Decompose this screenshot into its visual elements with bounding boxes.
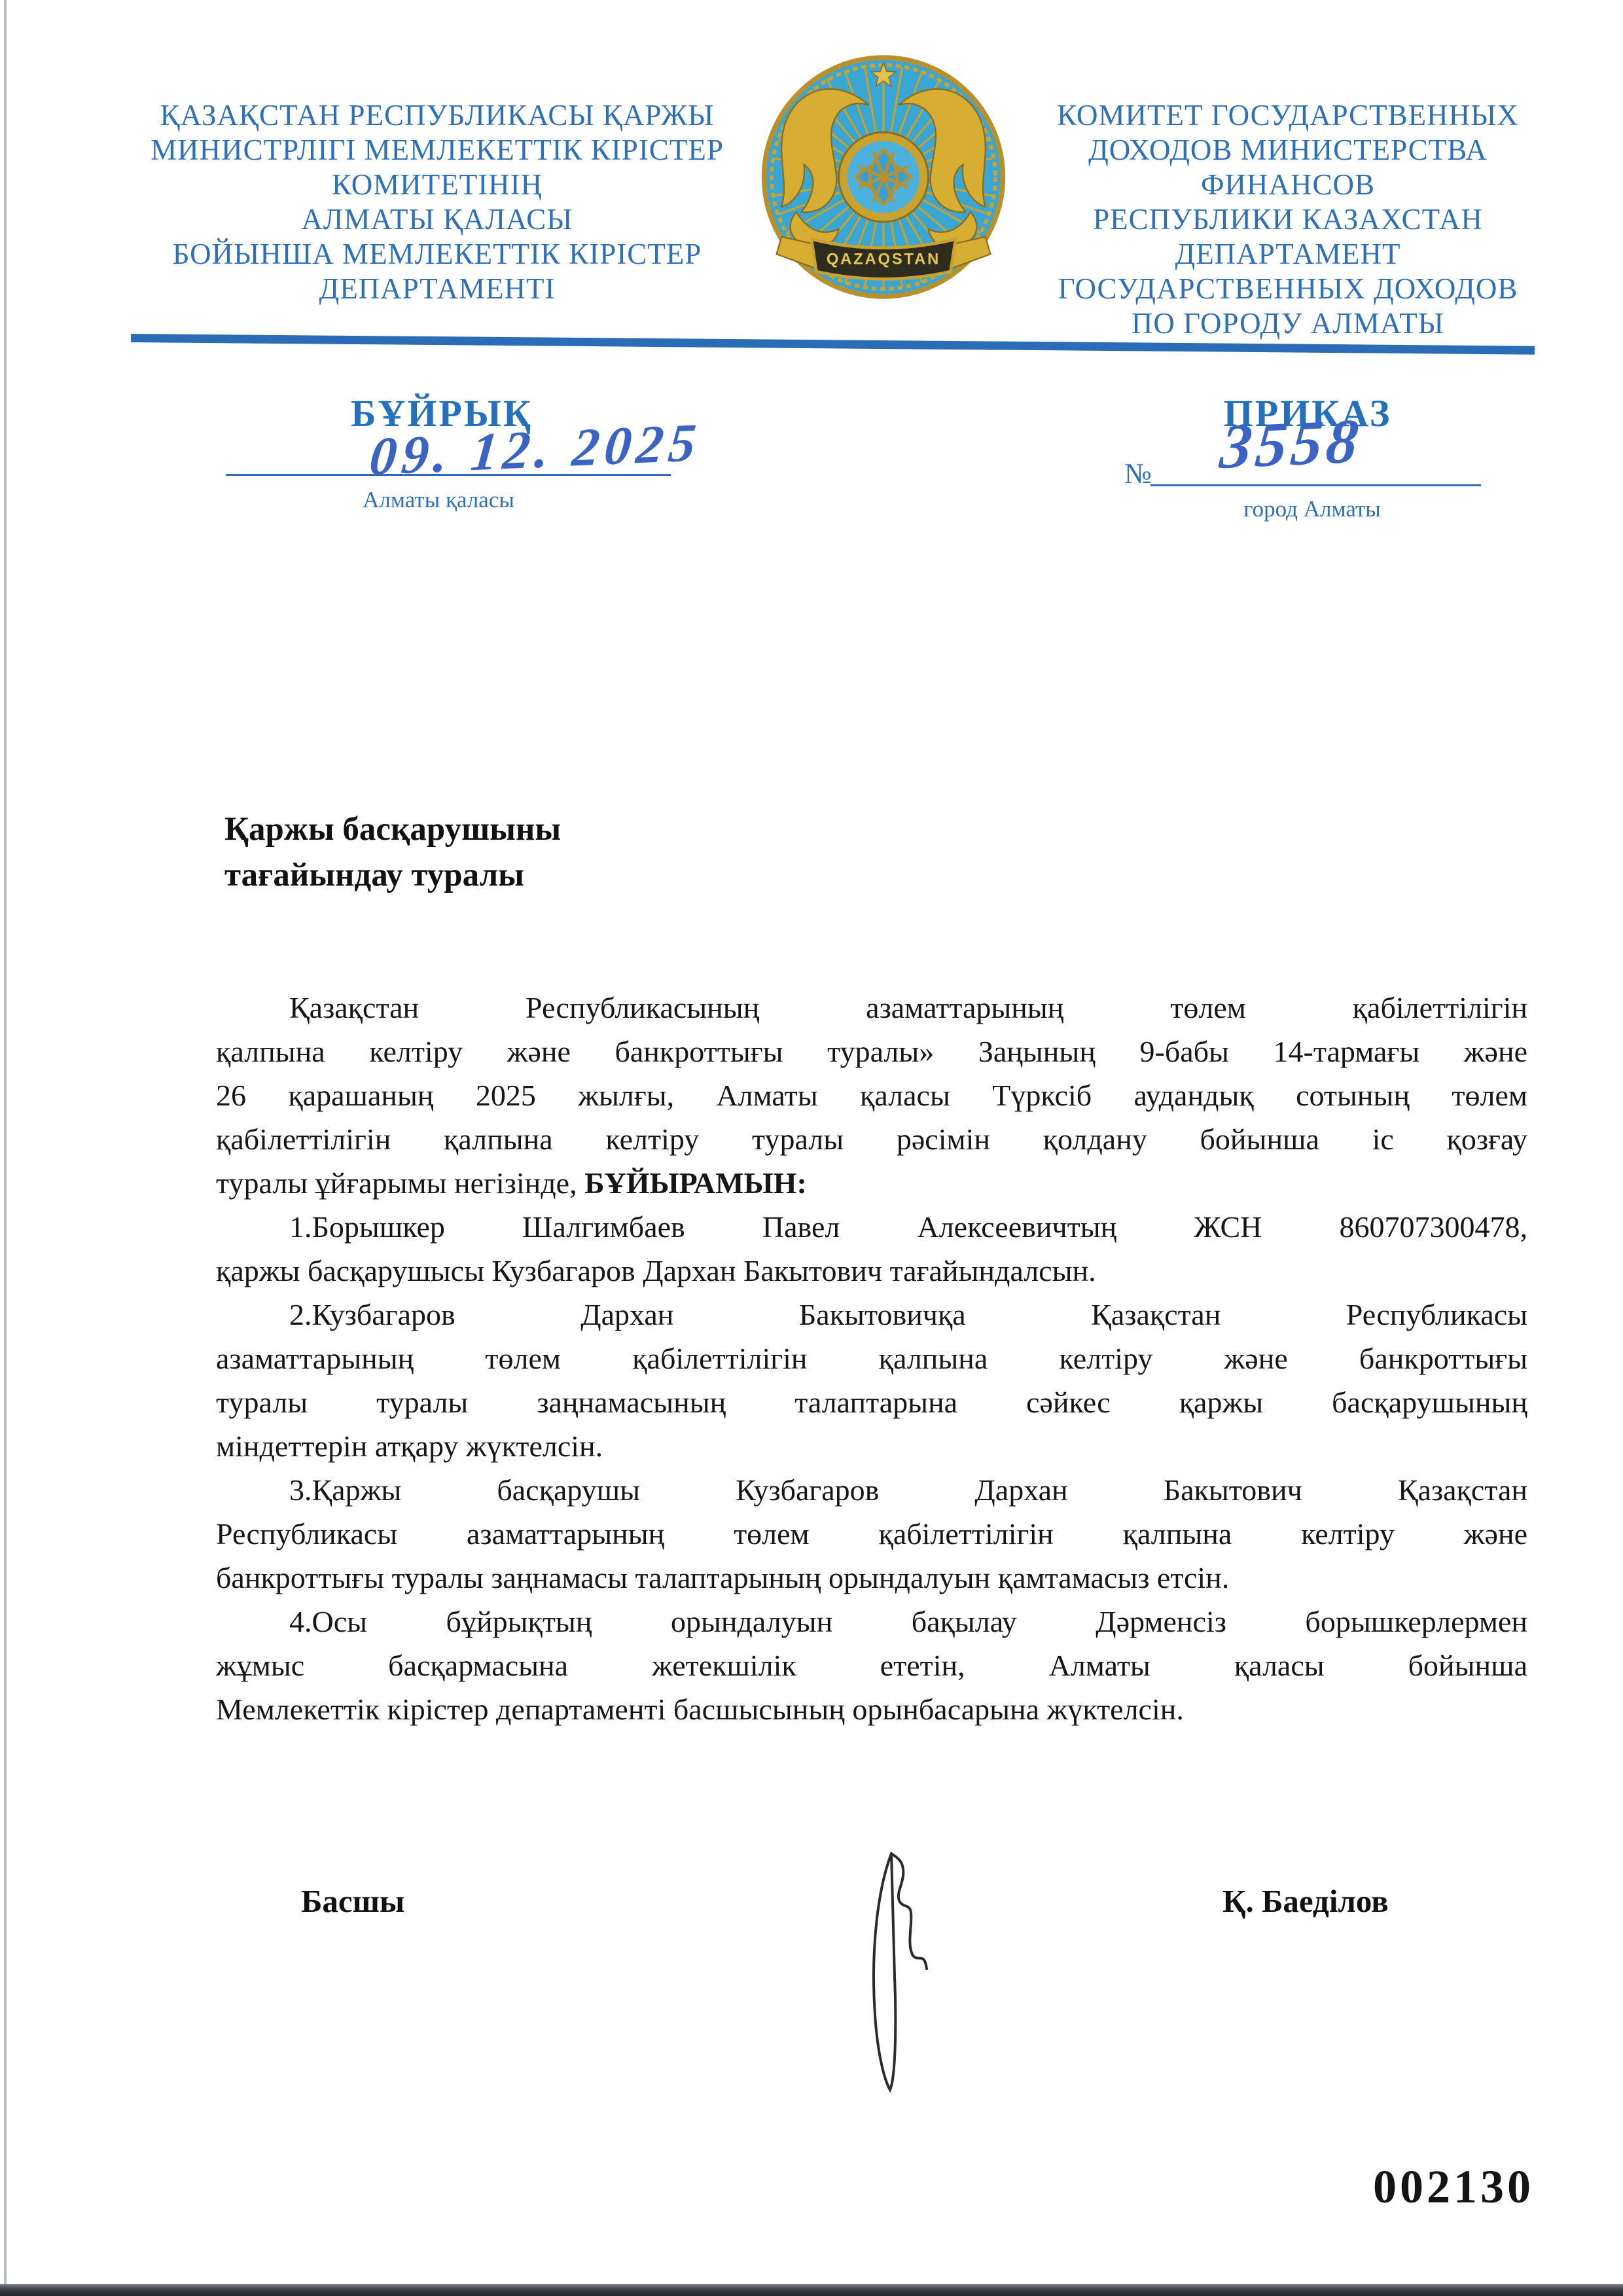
body-line: Республикасы азаматтарының төлем қабілет…	[216, 1512, 1527, 1556]
scan-bottom-edge-bar	[0, 2284, 1623, 2296]
letterhead-kazakh-line: ДЕПАРТАМЕНТІ	[149, 272, 725, 306]
handwritten-order-number: 3558	[1217, 404, 1366, 483]
body-line: қаржы басқарушысы Кузбагаров Дархан Бакы…	[216, 1249, 1527, 1293]
scanned-order-page: { "letterhead": { "left_lines": [ "ҚАЗАҚ…	[0, 0, 1623, 2296]
letterhead-russian: КОМИТЕТ ГОСУДАРСТВЕННЫХ ДОХОДОВ МИНИСТЕР…	[1007, 98, 1569, 341]
number-underline	[1150, 484, 1481, 486]
body-line: жұмыс басқармасына жетекшілік ететін, Ал…	[216, 1643, 1527, 1687]
body-line: 4.Осы бұйрықтың орындалуын бақылау Дәрме…	[216, 1600, 1527, 1643]
letterhead-russian-line: ПО ГОРОДУ АЛМАТЫ	[1007, 306, 1569, 341]
subject-line: Қаржы басқарушыны	[224, 806, 944, 852]
body-line: қалпына келтіру және банкроттығы туралы»…	[216, 1030, 1527, 1073]
scan-left-edge-line	[4, 0, 7, 2296]
body-line: 1.Борышкер Шалгимбаев Павел Алексеевичты…	[216, 1205, 1527, 1249]
date-underline	[226, 474, 671, 476]
place-label-kazakh: Алматы қаласы	[353, 487, 524, 513]
body-line: қабілеттілігін қалпына келтіру туралы рә…	[216, 1117, 1527, 1161]
body-line: азаматтарының төлем қабілеттілігін қалпы…	[216, 1336, 1527, 1380]
body-line: міндеттерін атқару жүктелсін.	[216, 1424, 1527, 1468]
number-sign: №	[1124, 457, 1152, 490]
letterhead-russian-line: КОМИТЕТ ГОСУДАРСТВЕННЫХ	[1007, 98, 1569, 133]
body-line: туралы туралы заңнамасының талаптарына с…	[216, 1380, 1527, 1424]
letterhead-kazakh-line: КОМИТЕТІНІҢ	[149, 168, 725, 202]
emblem-banner-text: QAZAQSTAN	[827, 251, 940, 268]
signer-position-label: Басшы	[301, 1882, 404, 1920]
letterhead-kazakh-line: ҚАЗАҚСТАН РЕСПУБЛИКАСЫ ҚАРЖЫ	[149, 98, 725, 133]
letterhead-russian-line: РЕСПУБЛИКИ КАЗАХСТАН	[1007, 202, 1569, 237]
letterhead-russian-line: ГОСУДАРСТВЕННЫХ ДОХОДОВ	[1007, 272, 1569, 306]
signer-name: Қ. Баеділов	[1222, 1882, 1389, 1920]
body-line: 3.Қаржы басқарушы Кузбагаров Дархан Бакы…	[216, 1468, 1527, 1512]
letterhead-kazakh-line: БОЙЫНША МЕМЛЕКЕТТІК КІРІСТЕР	[149, 237, 725, 272]
place-label-russian: город Алматы	[1227, 496, 1397, 522]
letterhead-russian-line: ДОХОДОВ МИНИСТЕРСТВА ФИНАНСОВ	[1007, 133, 1569, 202]
letterhead-kazakh: ҚАЗАҚСТАН РЕСПУБЛИКАСЫ ҚАРЖЫ МИНИСТРЛІГІ…	[149, 98, 725, 306]
handwritten-signature	[831, 1833, 982, 2104]
subject-line: тағайындау туралы	[224, 852, 944, 898]
body-line: Мемлекеттік кірістер департаменті басшыс…	[216, 1687, 1527, 1731]
letterhead-kazakh-line: АЛМАТЫ ҚАЛАСЫ	[149, 202, 725, 237]
body-line: туралы ұйғарымы негізінде, БҰЙЫРАМЫН:	[216, 1161, 1527, 1205]
form-serial-number: 002130	[1373, 2160, 1534, 2214]
order-body: Қазақстан Республикасының азаматтарының …	[216, 986, 1527, 1731]
letterhead-kazakh-line: МИНИСТРЛІГІ МЕМЛЕКЕТТІК КІРІСТЕР	[149, 133, 725, 168]
document-subject: Қаржы басқарушыны тағайындау туралы	[224, 806, 944, 898]
body-line: банкроттығы туралы заңнамасы талаптарыны…	[216, 1556, 1527, 1600]
body-line: 2.Кузбагаров Дархан Бакытовичқа Қазақста…	[216, 1293, 1527, 1336]
letterhead-russian-line: ДЕПАРТАМЕНТ	[1007, 237, 1569, 272]
kazakhstan-coat-of-arms-icon: QAZAQSTAN	[759, 52, 1008, 317]
body-line: 26 қарашаның 2025 жылғы, Алматы қаласы Т…	[216, 1073, 1527, 1117]
body-line-bold-word: БҰЙЫРАМЫН:	[584, 1166, 807, 1200]
body-line: Қазақстан Республикасының азаматтарының …	[216, 986, 1527, 1030]
